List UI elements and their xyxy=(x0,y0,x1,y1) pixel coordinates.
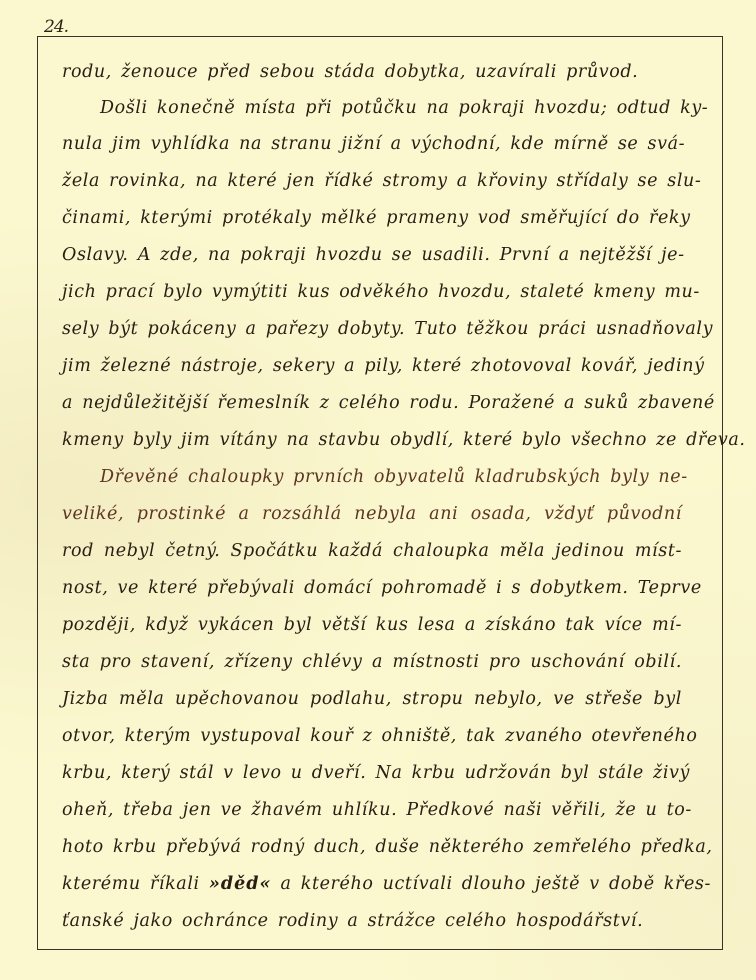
text-line: otvor, kterým vystupoval kouř z ohniště,… xyxy=(62,726,682,746)
text-line: nula jim vyhlídka na stranu jižní a vých… xyxy=(62,134,682,154)
text-line: činami, kterými protékaly mělké prameny … xyxy=(62,208,682,228)
handwritten-text-body: rodu, ženouce před sebou stáda dobytka, … xyxy=(0,0,756,980)
text-line: rod nebyl četný. Spočátku každá chaloupk… xyxy=(62,541,682,561)
text-line: Oslavy. A zde, na pokraji hvozdu se usad… xyxy=(62,245,682,265)
text-line-final: ťanské jako ochránce rodiny a strážce ce… xyxy=(62,911,682,931)
emphasized-word-ded: »děd« xyxy=(209,874,271,894)
text-line: sta pro stavení, zřízeny chlévy a místno… xyxy=(62,652,682,672)
text-line: sely být pokáceny a pařezy dobyty. Tuto … xyxy=(62,319,682,339)
text-segment: kterému říkali xyxy=(62,874,209,894)
text-line: krbu, který stál v levo u dveří. Na krbu… xyxy=(62,763,682,783)
text-line: nost, ve které přebývali domácí pohromad… xyxy=(62,578,682,598)
text-line: oheň, třeba jen ve žhavém uhlíku. Předko… xyxy=(62,800,682,820)
text-line: Jizba měla upěchovanou podlahu, stropu n… xyxy=(62,689,682,709)
text-line: kmeny byly jim vítány na stavbu obydlí, … xyxy=(62,430,682,450)
text-line: rodu, ženouce před sebou stáda dobytka, … xyxy=(62,62,682,82)
text-line: jich prací bylo vymýtiti kus odvěkého hv… xyxy=(62,282,682,302)
text-line: veliké, prostinké a rozsáhlá nebyla ani … xyxy=(62,504,682,524)
text-line-with-emphasis: kterému říkali »děd« a kterého uctívali … xyxy=(62,874,682,894)
text-line: žela rovinka, na které jen řídké stromy … xyxy=(62,171,682,191)
text-line-paragraph-start: Došli konečně místa při potůčku na pokra… xyxy=(100,98,682,118)
text-line: později, když vykácen byl větší kus lesa… xyxy=(62,615,682,635)
text-line-paragraph-start: Dřevěné chaloupky prvních obyvatelů klad… xyxy=(100,467,682,487)
text-line: a nejdůležitější řemeslník z celého rodu… xyxy=(62,393,682,413)
text-line: jim železné nástroje, sekery a pily, kte… xyxy=(62,356,682,376)
text-line: hoto krbu přebývá rodný duch, duše někte… xyxy=(62,837,682,857)
text-segment: a kterého uctívali dlouho ještě v době k… xyxy=(271,874,711,894)
